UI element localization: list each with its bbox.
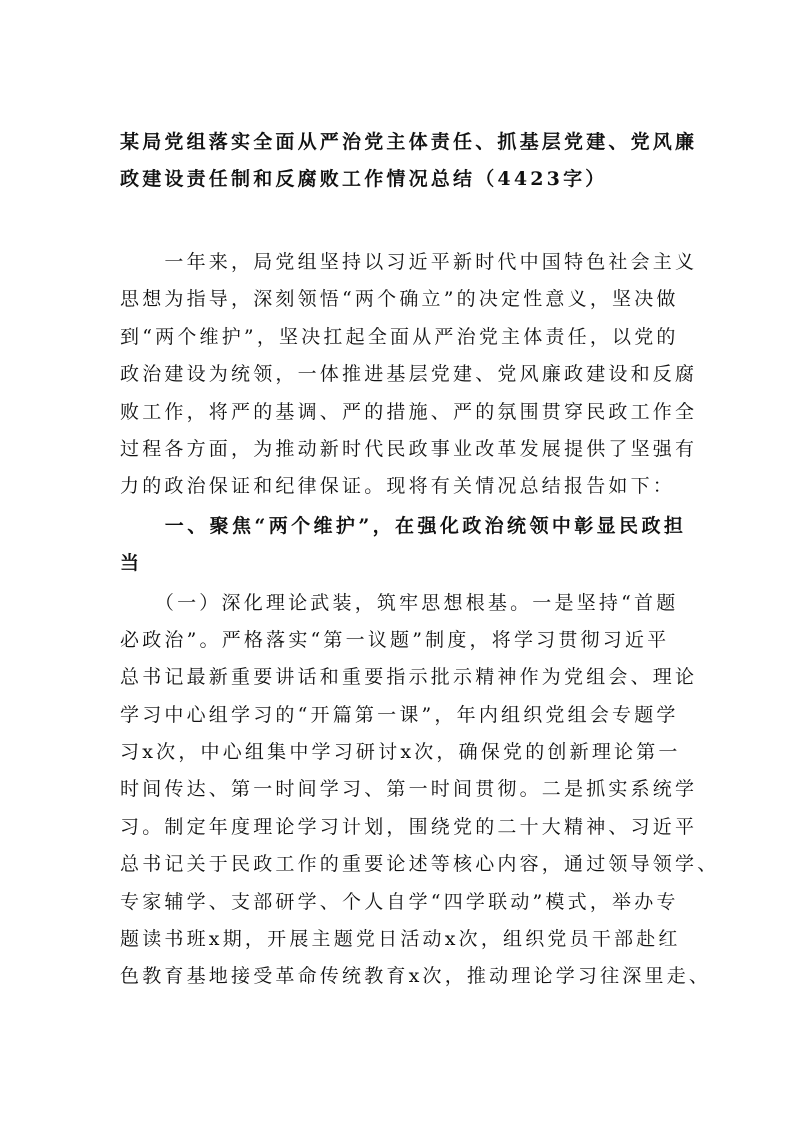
text-line: 总书记关于民政工作的重要论述等核心内容，通过领导领学、 bbox=[120, 846, 680, 883]
text-line: 过程各方面，为推动新时代民政事业改革发展提供了坚强有 bbox=[120, 431, 680, 468]
text-line: （一）深化理论武装，筑牢思想根基。一是坚持“首题 bbox=[120, 585, 680, 622]
text-line: 必政治”。严格落实“第一议题”制度，将学习贯彻习近平 bbox=[120, 622, 680, 659]
text-line: 一年来，局党组坚持以习近平新时代中国特色社会主义 bbox=[120, 244, 680, 281]
text-line: 专家辅学、支部研学、个人自学“四学联动”模式，举办专 bbox=[120, 884, 680, 921]
section-heading-1: 一、聚焦“两个维护”，在强化政治统领中彰显民政担 当 bbox=[120, 508, 680, 583]
text-line: 学习中心组学习的“开篇第一课”，年内组织党组会专题学 bbox=[120, 697, 680, 734]
text-line: 到“两个维护”，坚决扛起全面从严治党主体责任，以党的 bbox=[120, 319, 680, 356]
text-line: 习x次，中心组集中学习研讨x次，确保党的创新理论第一 bbox=[120, 734, 680, 771]
title-line: 政建设责任制和反腐败工作情况总结（4423字） bbox=[120, 161, 680, 198]
text-line: 题读书班x期，开展主题党日活动x次，组织党员干部赴红 bbox=[120, 921, 680, 958]
document-body: 一年来，局党组坚持以习近平新时代中国特色社会主义 思想为指导，深刻领悟“两个确立… bbox=[120, 244, 680, 996]
text-line: 时间传达、第一时间学习、第一时间贯彻。二是抓实系统学 bbox=[120, 771, 680, 808]
text-line: 总书记最新重要讲话和重要指示批示精神作为党组会、理论 bbox=[120, 659, 680, 696]
heading-line: 一、聚焦“两个维护”，在强化政治统领中彰显民政担 bbox=[120, 508, 680, 545]
title-line: 某局党组落实全面从严治党主体责任、抓基层党建、党风廉 bbox=[120, 124, 680, 161]
text-line: 思想为指导，深刻领悟“两个确立”的决定性意义，坚决做 bbox=[120, 281, 680, 318]
subsection-paragraph-1: （一）深化理论武装，筑牢思想根基。一是坚持“首题 必政治”。严格落实“第一议题”… bbox=[120, 585, 680, 996]
document-page: 某局党组落实全面从严治党主体责任、抓基层党建、党风廉 政建设责任制和反腐败工作情… bbox=[0, 0, 793, 1122]
text-line: 政治建设为统领，一体推进基层党建、党风廉政建设和反腐 bbox=[120, 356, 680, 393]
document-title: 某局党组落实全面从严治党主体责任、抓基层党建、党风廉 政建设责任制和反腐败工作情… bbox=[120, 124, 680, 199]
text-line: 习。制定年度理论学习计划，围绕党的二十大精神、习近平 bbox=[120, 809, 680, 846]
heading-line: 当 bbox=[120, 545, 680, 582]
intro-paragraph: 一年来，局党组坚持以习近平新时代中国特色社会主义 思想为指导，深刻领悟“两个确立… bbox=[120, 244, 680, 506]
text-line: 败工作，将严的基调、严的措施、严的氛围贯穿民政工作全 bbox=[120, 394, 680, 431]
text-line: 色教育基地接受革命传统教育x次，推动理论学习往深里走、 bbox=[120, 958, 680, 995]
text-line: 力的政治保证和纪律保证。现将有关情况总结报告如下： bbox=[120, 468, 680, 505]
